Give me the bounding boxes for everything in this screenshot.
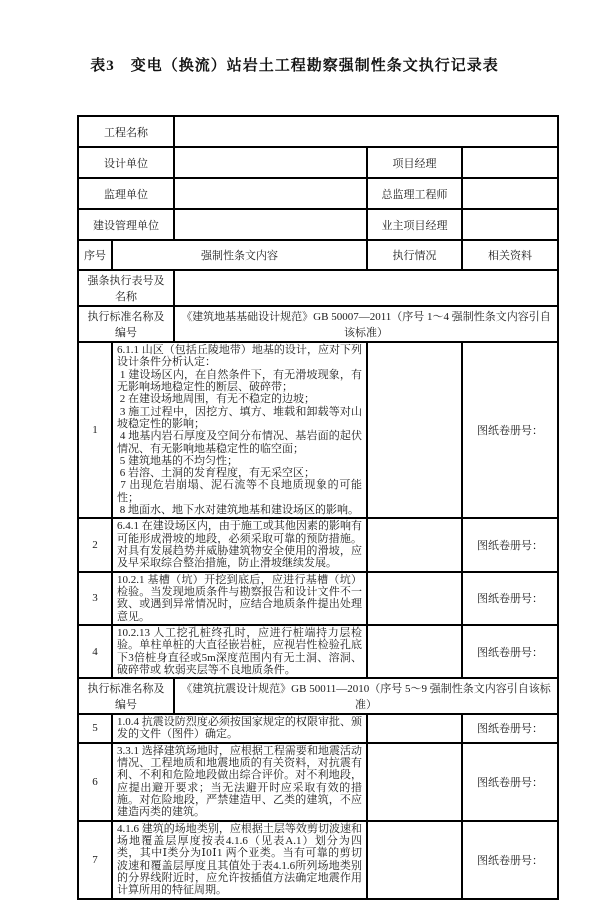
clause-text: 6.4.1 在建设场区内，由于施工或其他因素的影响有可能形成滑坡的地段，必须采取… [112,518,367,571]
execution-cell [367,625,462,678]
materials-cell: 图纸卷册号： [462,342,558,518]
project-manager-value [462,147,558,178]
clause-no: 5 [78,714,112,743]
standard-row-2: 执行标准名称及编号 《建筑抗震设计规范》GB 50011—2010（序号 5～9… [78,678,558,714]
chief-supervisor-label: 总监理工程师 [367,178,462,209]
execution-cell [367,743,462,821]
clause-row-2: 2 6.4.1 在建设场区内，由于施工或其他因素的影响有可能形成滑坡的地段，必须… [78,518,558,571]
construction-mgmt-value [174,209,367,240]
standard-name-1: 《建筑地基基础设计规范》GB 50007—2011（序号 1～4 强制性条文内容… [174,306,558,342]
clause-no: 4 [78,625,112,678]
record-table: 工程名称 设计单位 项目经理 监理单位 总监理工程师 建设管理单位 业主项目经理… [77,115,559,900]
materials-cell: 图纸卷册号： [462,821,558,899]
clause-no: 2 [78,518,112,571]
clause-text: 1.0.4 抗震设防烈度必须按国家规定的权限审批、颁发的文件（图件）确定。 [112,714,367,743]
clause-text: 6.1.1 山区（包括丘陵地带）地基的设计，应对下列设计条件分析认定： 1 建设… [112,342,367,518]
execution-cell [367,572,462,625]
clause-text: 3.3.1 选择建筑场地时，应根据工程需要和地震活动情况、工程地质和地震地质的有… [112,743,367,821]
col-header-materials: 相关资料 [462,240,558,270]
col-header-content: 强制性条文内容 [112,240,367,270]
execution-cell [367,821,462,899]
project-name-label: 工程名称 [78,116,174,147]
execution-cell [367,342,462,518]
clause-no: 3 [78,572,112,625]
clause-row-5: 5 1.0.4 抗震设防烈度必须按国家规定的权限审批、颁发的文件（图件）确定。 … [78,714,558,743]
materials-cell: 图纸卷册号： [462,743,558,821]
materials-cell: 图纸卷册号： [462,714,558,743]
col-header-no: 序号 [78,240,112,270]
exec-table-value [174,270,558,306]
clause-no: 1 [78,342,112,518]
standard-row-1: 执行标准名称及编号 《建筑地基基础设计规范》GB 50007—2011（序号 1… [78,306,558,342]
supervision-unit-label: 监理单位 [78,178,174,209]
info-row-supervision: 监理单位 总监理工程师 [78,178,558,209]
design-unit-label: 设计单位 [78,147,174,178]
clause-row-6: 6 3.3.1 选择建筑场地时，应根据工程需要和地震活动情况、工程地质和地震地质… [78,743,558,821]
owner-pm-label: 业主项目经理 [367,209,462,240]
info-row-construction-mgmt: 建设管理单位 业主项目经理 [78,209,558,240]
clause-row-4: 4 10.2.13 人工挖孔桩终孔时，应进行桩端持力层检验。单柱单桩的大直径嵌岩… [78,625,558,678]
document-page: { "page": { "title": "表3 变电（换流）站岩土工程勘察强制… [0,0,589,839]
chief-supervisor-value [462,178,558,209]
materials-cell: 图纸卷册号： [462,625,558,678]
exec-table-row: 强条执行表号及名称 [78,270,558,306]
clause-row-1: 1 6.1.1 山区（包括丘陵地带）地基的设计，应对下列设计条件分析认定： 1 … [78,342,558,518]
column-header-row: 序号 强制性条文内容 执行情况 相关资料 [78,240,558,270]
page-title: 表3 变电（换流）站岩土工程勘察强制性条文执行记录表 [0,54,589,75]
execution-cell [367,518,462,571]
standard-label: 执行标准名称及编号 [78,306,174,342]
standard-name-2: 《建筑抗震设计规范》GB 50011—2010（序号 5～9 强制性条文内容引自… [174,678,558,714]
owner-pm-value [462,209,558,240]
materials-cell: 图纸卷册号： [462,518,558,571]
materials-cell: 图纸卷册号： [462,572,558,625]
clause-row-7: 7 4.1.6 建筑的场地类别，应根据土层等效剪切波速和场地覆盖层厚度按表4.1… [78,821,558,899]
project-name-value [174,116,558,147]
clause-no: 6 [78,743,112,821]
clause-text: 10.2.13 人工挖孔桩终孔时，应进行桩端持力层检验。单柱单桩的大直径嵌岩桩，… [112,625,367,678]
standard-label: 执行标准名称及编号 [78,678,174,714]
design-unit-value [174,147,367,178]
info-row-design: 设计单位 项目经理 [78,147,558,178]
execution-cell [367,714,462,743]
supervision-unit-value [174,178,367,209]
clause-text: 10.2.1 基槽（坑）开挖到底后，应进行基槽（坑）检验。当发现地质条件与勘察报… [112,572,367,625]
clause-no: 7 [78,821,112,899]
info-row-project: 工程名称 [78,116,558,147]
clause-text: 4.1.6 建筑的场地类别，应根据土层等效剪切波速和场地覆盖层厚度按表4.1.6… [112,821,367,899]
exec-table-label: 强条执行表号及名称 [78,270,174,306]
construction-mgmt-label: 建设管理单位 [78,209,174,240]
project-manager-label: 项目经理 [367,147,462,178]
clause-row-3: 3 10.2.1 基槽（坑）开挖到底后，应进行基槽（坑）检验。当发现地质条件与勘… [78,572,558,625]
col-header-execution: 执行情况 [367,240,462,270]
